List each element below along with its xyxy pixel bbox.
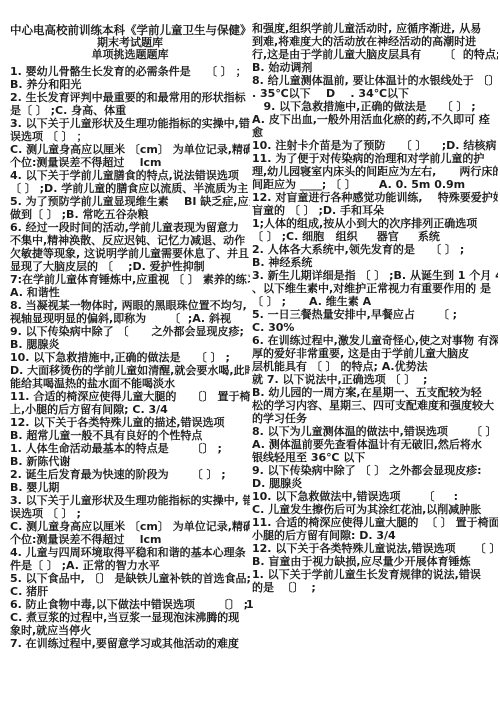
text-line: B. 腮腺炎 — [10, 338, 250, 351]
text-line: B. 养分和阳光 — [10, 78, 250, 91]
text-line: 2. 生长发育评判中最重要的和最常用的形状指标 — [10, 91, 250, 104]
page-number: 1 — [246, 598, 254, 611]
text-line: 12. 对盲童进行各种感觉功能训练, 特殊要爱护好 — [252, 191, 498, 204]
text-line: 7. 在训练过程中,要留意学习或其他活动的难度 — [10, 637, 250, 650]
text-line: 12. 以下关于各类特殊儿童的描述,错误选项 〔〕 : — [10, 416, 250, 429]
right-column-text: 和强度,组织学前儿童活动时, 应循序渐进, 从易到难,将难度大的活动放在神经活动… — [252, 22, 498, 594]
text-line: 〔 〕 ; A. 维生素 A — [252, 295, 498, 308]
text-line: 上,小腿的后方留有间隙; C. 3/4 — [10, 403, 250, 416]
text-line: B. 超常儿童一般不具有良好的个性特点 — [10, 429, 250, 442]
text-line: 4. 儿童与四周环境取得平稳和和谐的基本心理条 — [10, 546, 250, 559]
text-line: 误选项 〔 〕 ； — [10, 130, 250, 143]
text-line: C. 测儿童身高应以厘米 〔cm〕 为单位记录,精确到 — [10, 520, 250, 533]
text-line: 个位:测量误差不得超过 lcm — [10, 156, 250, 169]
text-line: 小腿的后方留有间隙: D. 3/4 — [252, 529, 498, 542]
text-line: 1;人体的组成,按从小到大的次序排列正确选项 — [252, 217, 498, 230]
right-column: 和强度,组织学前儿童活动时, 应循序渐进, 从易到难,将难度大的活动放在神经活动… — [252, 22, 498, 594]
text-line: 松的学习内容、星期三、四可支配难度和强度较大 — [252, 399, 498, 412]
text-line: 的学习任务 — [252, 412, 498, 425]
text-line: 愈 — [252, 126, 498, 139]
text-line: 到难,将难度大的活动放在神经活动的高潮时进 — [252, 35, 498, 48]
text-line: 1. 婴幼儿骨骼生长发育的必需条件是 〔 〕 ； — [10, 65, 250, 78]
text-line: 间距应为 ____; 〔 〕 A. 0. 5m 0.9m — [252, 178, 498, 191]
text-line: B. 盲童由于视力缺损,应尽量少开展体育锤炼 — [252, 555, 498, 568]
text-line: 欠敏捷等现象, 这说明学前儿童需要休息了、并且 — [10, 247, 250, 260]
text-line: C. 30% — [252, 321, 498, 334]
text-line: 7:在学前儿童体育锤炼中,应重视 〔 〕 素养的练习; — [10, 273, 250, 286]
text-line: A. 和谐性 — [10, 286, 250, 299]
text-line: C. 儿童发生擦伤后可为其涂红花油,以削减肿胀 — [252, 503, 498, 516]
text-line: 6. 在训练过程中,激发儿童奇怪心,使之对事物 有深 — [252, 334, 498, 347]
text-line: 10. 以下急救做法中,错误选项 〔 : — [252, 490, 498, 503]
text-line: 和强度,组织学前儿童活动时, 应循序渐进, 从易 — [252, 22, 498, 35]
text-line: B. 幼儿园的一周方案,在星期一、五支配较为轻 — [252, 386, 498, 399]
text-line: 6. 防止食物中毒,以下做法中错误选项 〔〕 ; — [10, 598, 250, 611]
text-line: 9. 以下传染病中除了 〔 〕 之外都会显现皮疹: — [252, 464, 498, 477]
text-line: 行,这是由于学前儿童大脑皮层具有 〔 的特点; — [252, 48, 498, 61]
text-line: 是〔 〕 ;C. 身高、体重 — [10, 104, 250, 117]
text-line: 8. 当凝视某一物体时, 两眼的黑眼珠位置不均匀, — [10, 299, 250, 312]
text-line: B. 始动调剂 — [252, 61, 498, 74]
text-line: 件是〔 〕 ;A. 正常的智力水平 — [10, 559, 250, 572]
text-line: 能给其喝温热的盐水面不能喝淡水 — [10, 377, 250, 390]
text-line: 3. 以下关于儿童形状及生理功能指标的实操中, 错 — [10, 494, 250, 507]
text-line: B. 新陈代谢 — [10, 455, 250, 468]
text-line: 9. 以下急救措施中,正确的做法是 〔 〕 ; — [252, 100, 498, 113]
text-line: 11. 合适的椅深应使得儿童大腿的 〔 〕 置于椅面上, — [252, 516, 498, 529]
text-line: D. 大面移烫伤的学前儿童如清醒,就会要水喝,此时只 — [10, 364, 250, 377]
text-line: 就 7. 以下说法中,正确选项 〔 〕 ; — [252, 373, 498, 386]
text-line: 10. 注射卡介苗是为了预防 〔 〕 ;D. 结核病 — [252, 139, 498, 152]
text-line: 1. 人体生命活动最基本的特点是 〔〕 ; — [10, 442, 250, 455]
text-line: 厚的爱好非常重要, 这是由于学前儿童大脑皮 — [252, 347, 498, 360]
text-line: 10. 以下急救措施中,正确的做法是 〔 〕 ; — [10, 351, 250, 364]
text-line: 4. 以下关于学前儿童膳食的特点,说法错误选项 — [10, 169, 250, 182]
text-line: B. 婴儿期 — [10, 481, 250, 494]
text-line: 的是 〔〕 ; — [252, 581, 498, 594]
text-line: 5. 以下食品中, 〔〕 是缺铁儿童补铁的首选食品; — [10, 572, 250, 585]
text-line: 误选项 〔 〕 ; — [10, 507, 250, 520]
text-line: B. 神经系统 — [252, 256, 498, 269]
text-line: D. 腮腺炎 — [252, 477, 498, 490]
text-line: 不集中,精神涣散、反应迟钝、记忆力减退、动作 — [10, 234, 250, 247]
text-line: 12. 以下关于各类特殊儿童说法,错误选项 〔 〕 : — [252, 542, 498, 555]
text-line: A. 皮下出血,一般外用活血化瘀的药,不久即可 痊 — [252, 113, 498, 126]
text-line: 8. 给儿童测体温前, 要让体温计的水银线处于 〔〕 ;C — [252, 74, 498, 87]
text-line: 11. 为了便于对传染病的治理和对学前儿童的护 — [252, 152, 498, 165]
text-line: 11. 合适的椅深应使得儿童大腿的 〔〕 置于椅面 — [10, 390, 250, 403]
text-line: 视轴显现明显的偏斜,即称为 〔 ;A. 斜视 — [10, 312, 250, 325]
text-line: 显现了大脑皮层的 〔 ;D. 爱护性抑制 — [10, 260, 250, 273]
text-line: 〔 〕 ;D. 学前儿童的膳食应以流质、半流质为主 — [10, 182, 250, 195]
text-line: 3. 新生儿期详细是指 〔 〕 ;B. 从诞生到 1 个月 4 — [252, 269, 498, 282]
section-heading: 单项挑选题题库 — [10, 49, 250, 61]
text-line: 理,幼儿园寝室内床头的间距应为左右, 两行床的 — [252, 165, 498, 178]
text-line: 8. 以下为儿童测体温的做法中,错误选项 〔 〕 : — [252, 425, 498, 438]
text-line: 做到〔 〕 ;B. 常吃五谷杂粮 — [10, 208, 250, 221]
text-line: 6. 经过一段时间的活动,学前儿童表现为留意力 — [10, 221, 250, 234]
text-line: 2. 诞生后发育最为快速的阶段为 〔 〕 ; — [10, 468, 250, 481]
text-line: C. 测儿童身高应以厘米 〔cm〕 为单位记录,精确到 — [10, 143, 250, 156]
text-line: C. 煮豆浆的过程中,当豆浆一显现泡沫沸腾的现 — [10, 611, 250, 624]
text-line: C. 猪肝 — [10, 585, 250, 598]
text-line: 层机能具有 〔 〕 的特点; A.优势法 — [252, 360, 498, 373]
document-page: 中心电高校前训练本科《学前儿童卫生与保健》 期末考试题库 单项挑选题题库 1. … — [0, 0, 500, 708]
left-column: 中心电高校前训练本科《学前儿童卫生与保健》 期末考试题库 单项挑选题题库 1. … — [10, 24, 250, 650]
text-line: . 35℃以下 D . 34℃以下 — [252, 87, 498, 100]
text-line: 象时,就应当停火 — [10, 624, 250, 637]
text-line: 〔 〕 ;C. 细胞 组织 器官 系统 — [252, 230, 498, 243]
text-line: 盲童的 〔 〕 ;D. 手和耳朵 — [252, 204, 498, 217]
text-line: A. 测体温前要先查看体温计有无破旧,然后将水 — [252, 438, 498, 451]
text-line: 9. 以下传染病中除了 〔 之外都会显现皮疹; — [10, 325, 250, 338]
text-line: 2. 人体各大系统中,领先发育的是 〔 〕 ; — [252, 243, 498, 256]
text-line: 3. 以下关于儿童形状及生理功能指标的实操中,错 — [10, 117, 250, 130]
left-column-text: 1. 婴幼儿骨骼生长发育的必需条件是 〔 〕 ；B. 养分和阳光2. 生长发育评… — [10, 65, 250, 650]
text-line: 、以下维生素中,对维护正常视力有重要作用的 是 — [252, 282, 498, 295]
text-line: 个位:测量误差不得超过 lcm — [10, 533, 250, 546]
text-line: 1. 以下关于学前儿童生长发育规律的说法,错误 — [252, 568, 498, 581]
text-line: 5. 一日三餐热量安排中,早餐应占 〔 ; — [252, 308, 498, 321]
text-line: 5. 为了预防学前儿童显现维生素 BI 缺乏症,应当 — [10, 195, 250, 208]
text-line: 银线轻甩至 36℃ 以下 — [252, 451, 498, 464]
